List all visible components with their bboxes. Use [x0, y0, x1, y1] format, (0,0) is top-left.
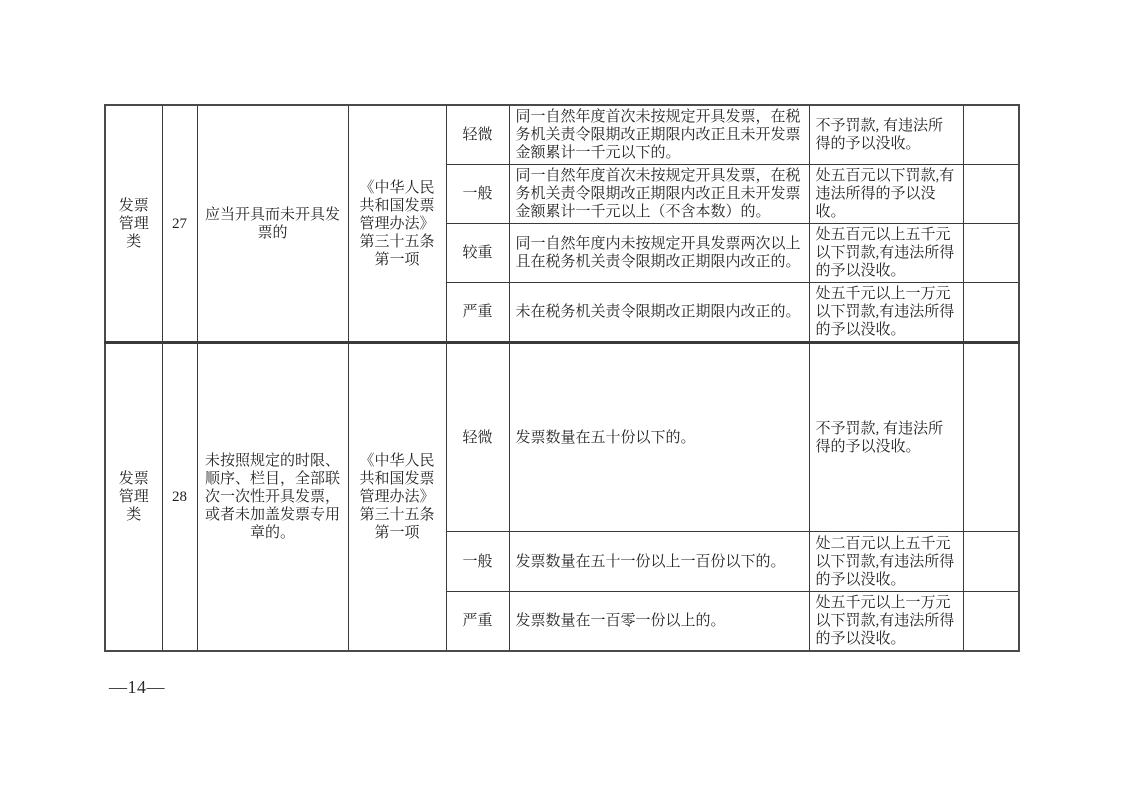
- violation-cell: 未按照规定的时限、顺序、栏目，全部联次一次性开具发票，或者未加盖发票专用章的。: [197, 343, 348, 652]
- blank-cell: [963, 224, 1019, 283]
- severity-cell: 轻微: [446, 105, 509, 165]
- table-row: 发票管理类 27 应当开具而未开具发票的 《中华人民共和国发票管理办法》第三十五…: [105, 105, 1019, 165]
- penalty-cell: 处五千元以上一万元以下罚款,有违法所得的予以没收。: [809, 283, 963, 343]
- circumstance-cell: 未在税务机关责令限期改正期限内改正的。: [509, 283, 809, 343]
- penalty-cell: 不予罚款, 有违法所得的予以没收。: [809, 105, 963, 165]
- penalty-cell: 处五百元以上五千元以下罚款,有违法所得的予以没收。: [809, 224, 963, 283]
- table-row: 发票管理类 28 未按照规定的时限、顺序、栏目，全部联次一次性开具发票，或者未加…: [105, 343, 1019, 532]
- blank-cell: [963, 165, 1019, 224]
- category-cell: 发票管理类: [105, 105, 162, 343]
- severity-cell: 一般: [446, 165, 509, 224]
- document-page: 发票管理类 27 应当开具而未开具发票的 《中华人民共和国发票管理办法》第三十五…: [0, 0, 1122, 793]
- penalty-cell: 处五百元以下罚款,有违法所得的予以没收。: [809, 165, 963, 224]
- legal-basis-cell: 《中华人民共和国发票管理办法》第三十五条第一项: [348, 105, 446, 343]
- category-cell: 发票管理类: [105, 343, 162, 652]
- circumstance-cell: 发票数量在一百零一份以上的。: [509, 592, 809, 652]
- item-number-cell: 27: [162, 105, 197, 343]
- circumstance-cell: 同一自然年度首次未按规定开具发票，在税务机关责令限期改正期限内改正且未开发票金额…: [509, 105, 809, 165]
- circumstance-cell: 发票数量在五十份以下的。: [509, 343, 809, 532]
- blank-cell: [963, 592, 1019, 652]
- legal-basis-cell: 《中华人民共和国发票管理办法》第三十五条第一项: [348, 343, 446, 652]
- blank-cell: [963, 283, 1019, 343]
- penalty-cell: 处二百元以上五千元以下罚款,有违法所得的予以没收。: [809, 532, 963, 592]
- severity-cell: 严重: [446, 592, 509, 652]
- blank-cell: [963, 532, 1019, 592]
- blank-cell: [963, 343, 1019, 532]
- penalty-cell: 处五千元以上一万元以下罚款,有违法所得的予以没收。: [809, 592, 963, 652]
- circumstance-cell: 同一自然年度内未按规定开具发票两次以上且在税务机关责令限期改正期限内改正的。: [509, 224, 809, 283]
- penalty-discretion-table: 发票管理类 27 应当开具而未开具发票的 《中华人民共和国发票管理办法》第三十五…: [104, 104, 1020, 652]
- page-number: —14—: [109, 676, 165, 698]
- severity-cell: 较重: [446, 224, 509, 283]
- circumstance-cell: 发票数量在五十一份以上一百份以下的。: [509, 532, 809, 592]
- violation-cell: 应当开具而未开具发票的: [197, 105, 348, 343]
- blank-cell: [963, 105, 1019, 165]
- penalty-cell: 不予罚款, 有违法所得的予以没收。: [809, 343, 963, 532]
- item-number-cell: 28: [162, 343, 197, 652]
- severity-cell: 一般: [446, 532, 509, 592]
- severity-cell: 严重: [446, 283, 509, 343]
- severity-cell: 轻微: [446, 343, 509, 532]
- circumstance-cell: 同一自然年度首次未按规定开具发票，在税务机关责令限期改正期限内改正且未开发票金额…: [509, 165, 809, 224]
